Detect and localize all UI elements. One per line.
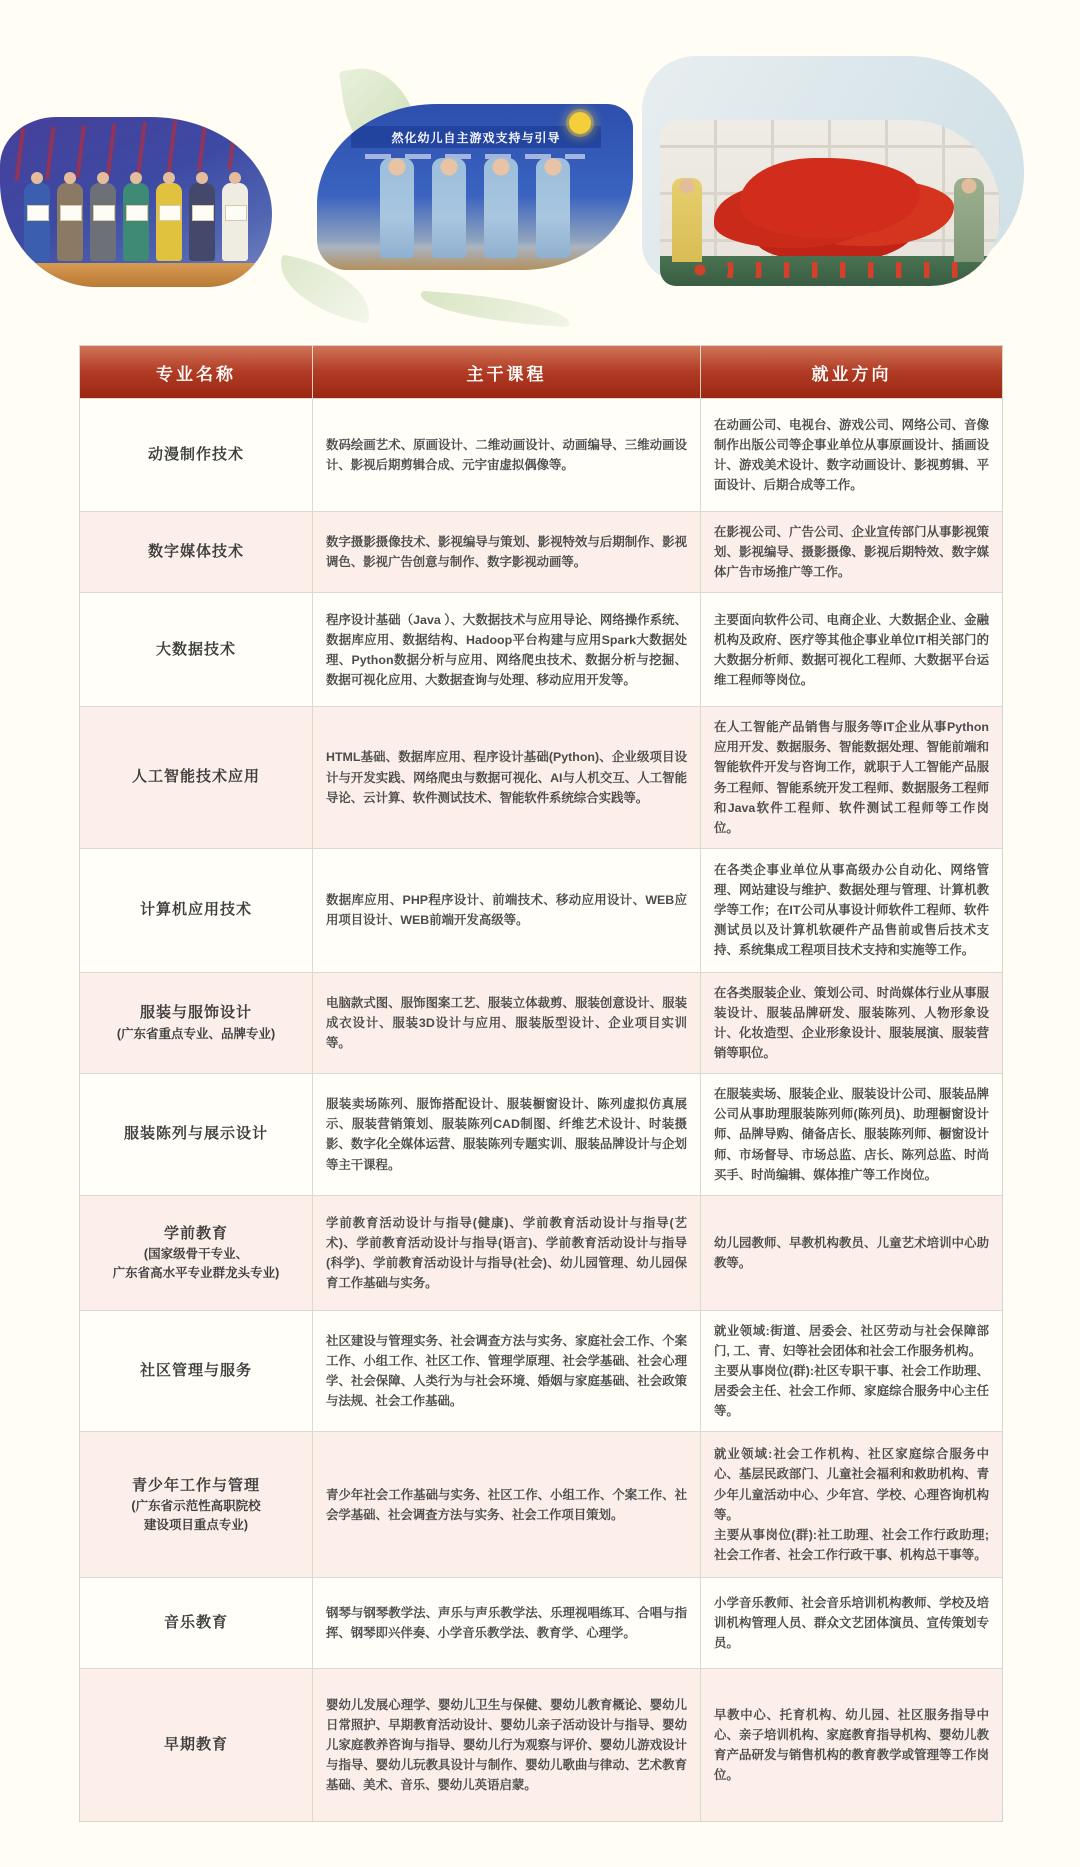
careers-text: 在人工智能产品销售与服务等IT企业从事Python应用开发、数据服务、智能数据处… [714,717,989,838]
red-paper-cuttings [740,158,920,238]
person-figure [123,183,149,261]
sun-icon [569,112,591,134]
major-name: 服装陈列与展示设计 [124,1123,268,1146]
courses-text: 学前教育活动设计与指导(健康)、学前教育活动设计与指导(艺术)、学前教育活动设计… [326,1213,687,1293]
courses-text: 钢琴与钢琴教学法、声乐与声乐教学法、乐理视唱练耳、合唱与指挥、钢琴即兴伴奏、小学… [326,1603,687,1643]
header-career-direction: 就业方向 [700,346,1002,398]
person-figure [484,158,518,258]
person-figure [954,178,984,262]
presenter-figures [341,148,609,258]
major-note: (国家级骨干专业、 广东省高水平专业群龙头专业) [113,1245,280,1283]
careers-text: 在影视公司、广告公司、企业宣传部门从事影视策划、影视编导、摄影摄像、影视后期特效… [714,522,989,582]
person-figure [57,183,83,261]
person-figure [90,183,116,261]
major-name: 动漫制作技术 [148,444,244,467]
photo-paper-cutting-activity [660,120,1000,286]
careers-text: 在服装卖场、服装企业、服装设计公司、服装品牌公司从事助理服装陈列师(陈列员)、助… [714,1084,989,1184]
careers-text: 主要面向软件公司、电商企业、大数据企业、金融机构及政府、医疗等其他企事业单位IT… [714,610,989,690]
person-figure [189,183,215,261]
table-header-row: 专业名称 主干课程 就业方向 [80,346,1002,398]
careers-text: 幼儿园教师、早教机构教员、儿童艺术培训中心助教等。 [714,1233,989,1273]
table-row: 计算机应用技术 数据库应用、PHP程序设计、前端技术、移动应用设计、WEB应用项… [80,848,1002,972]
courses-text: 数码绘画艺术、原画设计、二维动画设计、动画编导、三维动画设计、影视后期剪辑合成、… [326,435,687,475]
careers-text: 早教中心、托育机构、幼儿园、社区服务指导中心、亲子培训机构、家庭教育指导机构、婴… [714,1705,989,1785]
major-name: 学前教育 [164,1223,228,1246]
header-major-name: 专业名称 [80,346,312,398]
majors-table: 专业名称 主干课程 就业方向 动漫制作技术 数码绘画艺术、原画设计、二维动画设计… [79,345,1003,1822]
courses-text: 电脑款式图、服饰图案工艺、服装立体裁剪、服装创意设计、服装成衣设计、服装3D设计… [326,993,687,1053]
major-name: 社区管理与服务 [140,1360,252,1383]
person-figure [24,183,50,261]
table-row: 动漫制作技术 数码绘画艺术、原画设计、二维动画设计、动画编导、三维动画设计、影视… [80,398,1002,511]
careers-text: 就业领域:街道、居委会、社区劳动与社会保障部门, 工、青、妇等社会团体和社会工作… [714,1321,989,1421]
leaf-decoration [419,291,570,327]
stage-floor [0,263,272,287]
careers-text: 就业领域:社会工作机构、社区家庭综合服务中心、基层民政部门、儿童社会福利和救助机… [714,1444,989,1565]
table-row: 服装陈列与展示设计 服装卖场陈列、服饰搭配设计、服装橱窗设计、陈列虚拟仿真展示、… [80,1073,1002,1194]
photo-award-ceremony [0,117,272,287]
careers-text: 在各类服装企业、策划公司、时尚媒体行业从事服装设计、服装品牌研发、服装陈列、人物… [714,983,989,1063]
major-name: 大数据技术 [156,639,236,662]
paper-cut-pieces [690,262,970,278]
table-row: 音乐教育 钢琴与钢琴教学法、声乐与声乐教学法、乐理视唱练耳、合唱与指挥、钢琴即兴… [80,1577,1002,1668]
header-main-courses: 主干课程 [312,346,700,398]
major-name: 人工智能技术应用 [132,766,260,789]
courses-text: 服装卖场陈列、服饰搭配设计、服装橱窗设计、陈列虚拟仿真展示、服装营销策划、服装陈… [326,1094,687,1174]
courses-text: 青少年社会工作基础与实务、社区工作、小组工作、个案工作、社会学基础、社会调查方法… [326,1485,687,1525]
courses-text: 社区建设与管理实务、社会调查方法与实务、家庭社会工作、个案工作、小组工作、社区工… [326,1331,687,1411]
photo-strip: 然化幼儿自主游戏支持与引导 [0,0,1080,335]
careers-text: 在各类企事业单位从事高级办公自动化、网络管理、网站建设与维护、数据处理与管理、计… [714,860,989,960]
courses-text: 数据库应用、PHP程序设计、前端技术、移动应用设计、WEB应用项目设计、WEB前… [326,890,687,930]
major-name: 服装与服饰设计 [140,1002,252,1025]
major-name: 早期教育 [164,1734,228,1757]
table-row: 人工智能技术应用 HTML基础、数据库应用、程序设计基础(Python)、企业级… [80,706,1002,848]
award-people-figures [6,175,266,261]
table-row: 青少年工作与管理(广东省示范性高职院校 建设项目重点专业) 青少年社会工作基础与… [80,1431,1002,1577]
table-row: 早期教育 婴幼儿发展心理学、婴幼儿卫生与保健、婴幼儿教育概论、婴幼儿日常照护、早… [80,1668,1002,1821]
courses-text: 数字摄影摄像技术、影视编导与策划、影视特效与后期制作、影视调色、影视广告创意与制… [326,532,687,572]
major-name: 音乐教育 [164,1612,228,1635]
major-name: 数字媒体技术 [148,541,244,564]
table-row: 大数据技术 程序设计基础（Java ）、大数据技术与应用导论、网络操作系统、数据… [80,592,1002,706]
careers-text: 小学音乐教师、社会音乐培训机构教师、学校及培训机构管理人员、群众文艺团体演员、宣… [714,1593,989,1653]
careers-text: 在动画公司、电视台、游戏公司、网络公司、音像制作出版公司等企事业单位从事原画设计… [714,415,989,495]
person-figure [222,183,248,261]
person-figure [380,158,414,258]
table-row: 学前教育(国家级骨干专业、 广东省高水平专业群龙头专业) 学前教育活动设计与指导… [80,1195,1002,1310]
person-figure [432,158,466,258]
major-name: 青少年工作与管理 [132,1475,260,1498]
calligraphy-decoration [7,117,249,181]
photo-training-presentation: 然化幼儿自主游戏支持与引导 [317,104,633,270]
courses-text: 程序设计基础（Java ）、大数据技术与应用导论、网络操作系统、数据库应用、数据… [326,610,687,690]
presentation-banner-text: 然化幼儿自主游戏支持与引导 [391,129,560,146]
courses-text: 婴幼儿发展心理学、婴幼儿卫生与保健、婴幼儿教育概论、婴幼儿日常照护、早期教育活动… [326,1695,687,1795]
major-note: (广东省重点专业、品牌专业) [117,1025,275,1044]
person-figure [536,158,570,258]
person-figure [156,183,182,261]
table-row: 服装与服饰设计(广东省重点专业、品牌专业) 电脑款式图、服饰图案工艺、服装立体裁… [80,972,1002,1073]
major-name: 计算机应用技术 [140,899,252,922]
table-row: 社区管理与服务 社区建设与管理实务、社会调查方法与实务、家庭社会工作、个案工作、… [80,1310,1002,1431]
courses-text: HTML基础、数据库应用、程序设计基础(Python)、企业级项目设计与开发实践… [326,747,687,807]
major-note: (广东省示范性高职院校 建设项目重点专业) [131,1497,260,1535]
person-figure [672,178,702,262]
table-row: 数字媒体技术 数字摄影摄像技术、影视编导与策划、影视特效与后期制作、影视调色、影… [80,511,1002,592]
presentation-banner: 然化幼儿自主游戏支持与引导 [351,126,601,148]
page: 然化幼儿自主游戏支持与引导 专业名称 主干课程 就业方向 动漫制作技术 数码绘画… [0,0,1080,1867]
